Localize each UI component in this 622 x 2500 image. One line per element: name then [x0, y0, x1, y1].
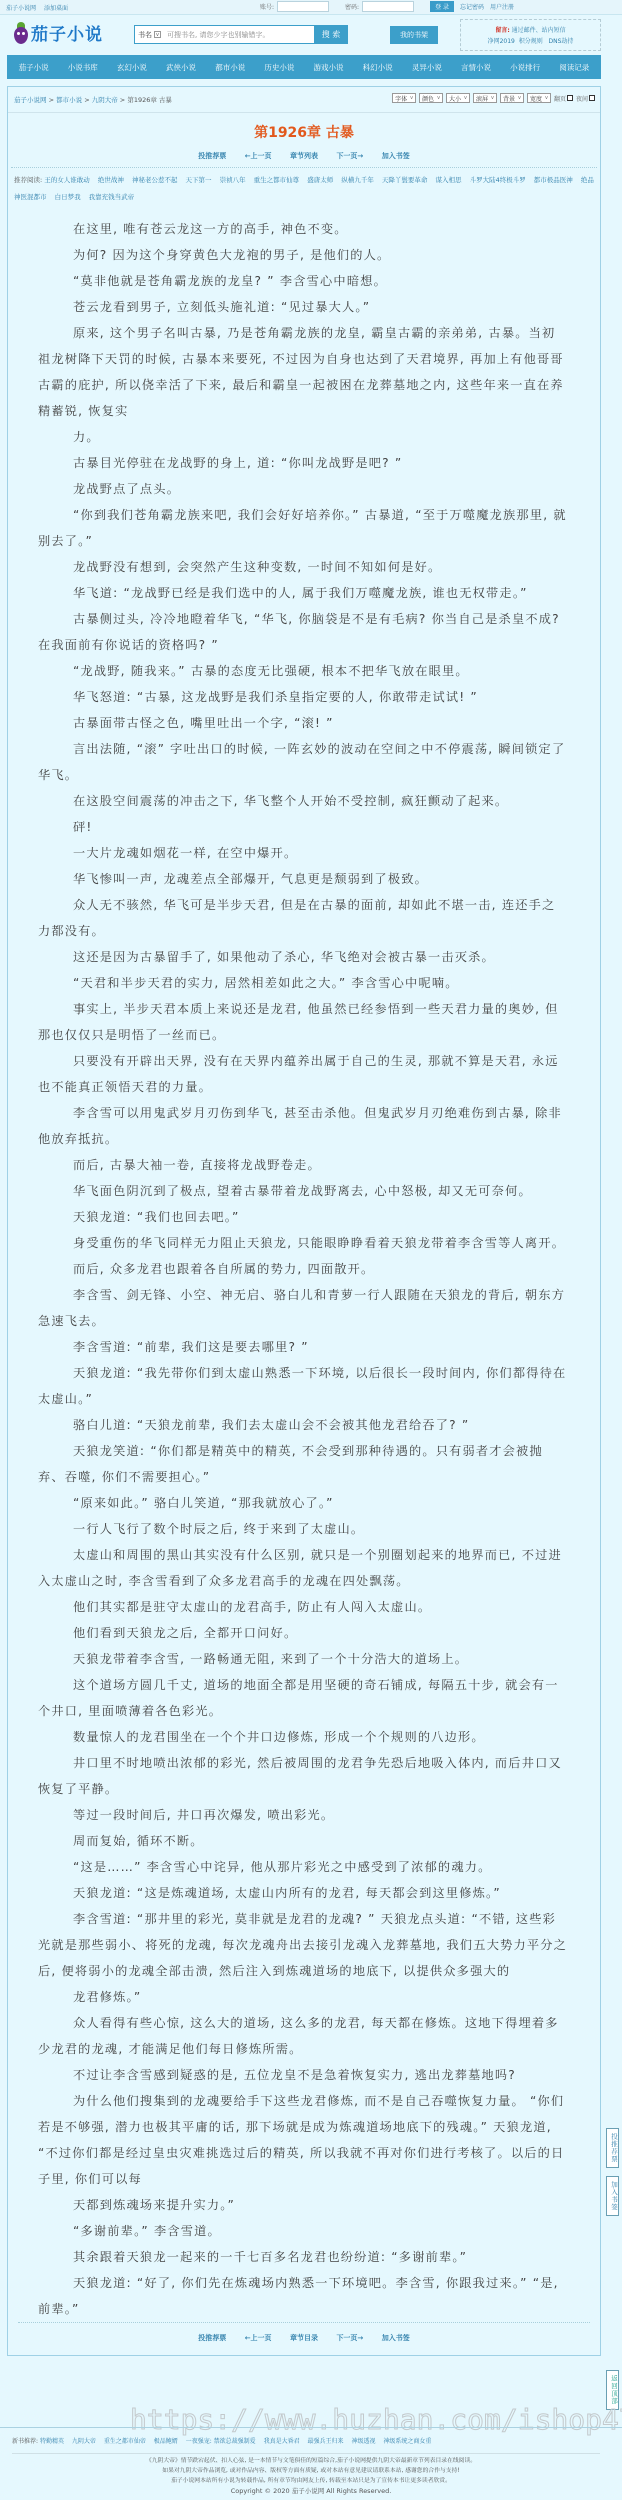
recommend-link[interactable]: 天下第一	[186, 176, 212, 184]
chapter-pager-bottom: 投推荐票 ←上一页 章节目录 下一页→ 加入书签	[18, 2333, 590, 2343]
chapter-index-link[interactable]: 章节目录	[290, 2334, 318, 2342]
recommend-label: 推荐阅读:	[14, 176, 42, 184]
breadcrumb-sep: >	[84, 96, 89, 104]
search-button[interactable]: 搜 索	[314, 25, 348, 44]
breadcrumb-link[interactable]: 都市小说	[56, 96, 82, 104]
header: 茄子小说 书名 v 可搜书名, 请您少字也别输错字。 搜 索 我的书架 留言: …	[0, 15, 622, 55]
recommend-link[interactable]: 天降丫鬟要革命	[382, 176, 428, 184]
breadcrumb-link[interactable]: 茄子小说网	[14, 96, 47, 104]
content-paragraph: 这个道场方圆几千丈, 道场的地面全都是用坚硬的奇石铺成, 每隔五十步, 就会有一…	[38, 1672, 568, 1724]
recommend-link[interactable]: 神秘老公惹不起	[132, 176, 178, 184]
nav-item[interactable]: 科幻小说	[363, 62, 393, 73]
color-select[interactable]: 颜色v	[419, 93, 443, 103]
content-paragraph: 李含雪、剑无锋、小空、神无启、骆白儿和青萝一行人跟随在天狼龙的背后, 朝东方急速…	[38, 1282, 568, 1334]
content-paragraph: 等过一段时间后, 井口再次爆发, 喷出彩光。	[38, 1802, 568, 1828]
breadcrumb-sep: >	[120, 96, 125, 104]
chevron-down-icon: v	[410, 95, 413, 101]
logo-text: 茄子小说	[31, 20, 103, 45]
newbook-link[interactable]: 极品鲍婿	[154, 2438, 178, 2445]
content-paragraph: 数量惊人的龙君围坐在一个个井口边修炼, 形成一个个规则的八边形。	[38, 1724, 568, 1750]
content-paragraph: 李含雪可以用鬼武岁月刃伤到华飞, 甚至击杀他。但鬼武岁月刃绝难伤到古暴, 除非他…	[38, 1100, 568, 1152]
nav-item[interactable]: 小说排行	[510, 62, 540, 73]
content-paragraph: 天都到炼魂场来提升实力。”	[38, 2192, 568, 2218]
content-paragraph: 太虚山和周围的黑山其实没有什么区别, 就只是一个别圈划起来的地界而已, 不过进入…	[38, 1542, 568, 1594]
recommend-link[interactable]: 重生之都市仙尊	[254, 176, 300, 184]
scroll-select[interactable]: 滚屏v	[473, 93, 497, 103]
content-paragraph: 他们其实都是驻守太虚山的龙君高手, 防止有人闯入太虚山。	[38, 1594, 568, 1620]
page-flip-toggle[interactable]: 翻页	[554, 94, 573, 103]
account-input[interactable]	[277, 1, 329, 12]
content-paragraph: 言出法随, “滚” 字吐出口的时候, 一阵玄妙的波动在空间之中不停震荡, 瞬间锁…	[38, 736, 568, 788]
new-books-bar: 新书推荐: 特勤精英 九阴大帝 重生之都市仙帝 极品鲍婿 一夜强宠: 禁欲总裁强…	[0, 2427, 622, 2451]
content-paragraph: 在这股空间震荡的冲击之下, 华飞整个人开始不受控制, 疯狂颤动了起来。	[38, 788, 568, 814]
content-paragraph: 只要没有开辟出天界, 没有在天界内蕴养出属于自己的生灵, 那就不算是天君, 永远…	[38, 1048, 568, 1100]
content-paragraph: 其余跟着天狼龙一起来的一千七百多名龙君也纷纷道: “多谢前辈。”	[38, 2244, 568, 2270]
content-paragraph: 骆白儿道: “天狼龙前辈, 我们去太虚山会不会被其他龙君给吞了? ”	[38, 1412, 568, 1438]
footer-line: 茄子小说网本站所有小说为转载作品, 所有章节均由网友上传, 转载至本站只是为了宣…	[0, 2476, 622, 2486]
newbook-link[interactable]: 神级透视	[351, 2438, 375, 2445]
notice-link[interactable]: 净网2019	[488, 38, 515, 45]
chapter-pager-bottom-wrap: 投推荐票 ←上一页 章节目录 下一页→ 加入书签	[18, 2322, 590, 2343]
content-paragraph: 事实上, 半步天君本质上来说还是龙君, 他虽然已经参悟到一些天君力量的奥妙, 但…	[38, 996, 568, 1048]
reading-panel: 茄子小说网 > 都市小说 > 九阴大帝 > 第1926章 古暴 字体v 颜色v …	[7, 86, 601, 2356]
recommend-link[interactable]: 盛唐太师	[307, 176, 333, 184]
content-paragraph: 而后, 古暴大袖一卷, 直接将龙战野卷走。	[38, 1152, 568, 1178]
nav-item[interactable]: 言情小说	[461, 62, 491, 73]
content-paragraph: 他们看到天狼龙之后, 全都开口问好。	[38, 1620, 568, 1646]
content-paragraph: 井口里不时地喷出浓郁的彩光, 然后被周围的龙君争先恐后地吸入体内, 而后井口又恢…	[38, 1750, 568, 1802]
search-input[interactable]: 可搜书名, 请您少字也别输错字。	[167, 30, 314, 40]
notice-text[interactable]: 通过邮件、站内短信	[512, 27, 566, 34]
content-paragraph: 在这里, 唯有苍云龙这一方的高手, 神色不变。	[38, 216, 568, 242]
add-desktop-link[interactable]: 添加桌面	[44, 5, 68, 12]
crumb-toolbar: 茄子小说网 > 都市小说 > 九阴大帝 > 第1926章 古暴 字体v 颜色v …	[8, 87, 600, 113]
side-bookmark-button[interactable]: 加入书签	[606, 2176, 619, 2216]
vote-recommend-link[interactable]: 投推荐票	[198, 152, 226, 160]
content-paragraph: 原来, 这个男子名叫古暴, 乃是苍角霸龙族的龙皇, 霸皇古霸的亲弟弟, 古暴。当…	[38, 320, 568, 424]
content-paragraph: 华飞道: “龙战野已经是我们选中的人, 属于我们万噬魔龙族, 谁也无权带走。”	[38, 580, 568, 606]
content-paragraph: 而后, 众多龙君也跟着各自所属的势力, 四面散开。	[38, 1256, 568, 1282]
checkbox	[589, 95, 595, 101]
divider	[12, 2453, 600, 2454]
chevron-down-icon: v	[464, 95, 467, 101]
content-paragraph: 龙战野点了点头。	[38, 476, 568, 502]
content-paragraph: 众人无不骇然, 华飞可是半步天君, 但是在古暴的面前, 却如此不堪一击, 连还手…	[38, 892, 568, 944]
recommend-link[interactable]: 崇祯八年	[220, 176, 246, 184]
breadcrumb-link[interactable]: 九阴大帝	[92, 96, 118, 104]
nav-item[interactable]: 游戏小说	[314, 62, 344, 73]
recommend-link[interactable]: 王的女人谁敢动	[44, 176, 90, 184]
content-paragraph: “这是……” 李含雪心中诧异, 他从那片彩光之中感受到了浓郁的魂力。	[38, 1854, 568, 1880]
breadcrumb: 茄子小说网 > 都市小说 > 九阴大帝 > 第1926章 古暴	[14, 95, 172, 104]
footer-line: 《九阴大帝》情节跌宕起伏、扣人心弦, 是一本情节与文笔俱佳的短篇综合,茄子小说网…	[0, 2456, 622, 2466]
width-select[interactable]: 宽度v	[527, 93, 551, 103]
add-bookmark-link[interactable]: 加入书签	[382, 2334, 410, 2342]
breadcrumb-current: 第1926章 古暴	[127, 96, 172, 104]
password-input[interactable]	[362, 1, 414, 12]
forgot-password-link[interactable]: 忘记密码	[460, 2, 484, 11]
side-vote-button[interactable]: 投推荐票	[606, 2128, 619, 2168]
next-page-link[interactable]: 下一页→	[336, 2334, 363, 2342]
newbook-link[interactable]: 最强兵王归来	[308, 2438, 344, 2445]
nav-item[interactable]: 灵异小说	[412, 62, 442, 73]
content-paragraph: 力。	[38, 424, 568, 450]
content-paragraph: 古暴侧过头, 冷冷地瞪着华飞, “华飞, 你脑袋是不是有毛病? 你当自己是杀皇不…	[38, 606, 568, 658]
search-type-select[interactable]: 书名 v	[135, 30, 161, 40]
search-type-value: 书名	[138, 30, 152, 40]
newbook-link[interactable]: 一夜强宠: 禁欲总裁强制爱	[186, 2438, 256, 2445]
top-bar: 茄子小说网 添加桌面 账号: 密码: 登 录 忘记密码 用户注册	[0, 0, 622, 15]
content-paragraph: “龙战野, 随我来。” 古暴的态度无比强硬, 根本不把华飞放在眼里。	[38, 658, 568, 684]
newbook-link[interactable]: 我真是大昏君	[264, 2438, 300, 2445]
content-paragraph: 一大片龙魂如烟花一样, 在空中爆开。	[38, 840, 568, 866]
nav-item[interactable]: 历史小说	[264, 62, 294, 73]
nav-item[interactable]: 都市小说	[215, 62, 245, 73]
content-paragraph: 李含雪道: “前辈, 我们这是要去哪里? ”	[38, 1334, 568, 1360]
search-bar: 书名 v 可搜书名, 请您少字也别输错字。 搜 索	[134, 25, 348, 44]
content-paragraph: 砰!	[38, 814, 568, 840]
reading-settings: 字体v 颜色v 大小v 滚屏v 背景v 宽度v 翻页 夜间	[389, 93, 595, 103]
chevron-down-icon: v	[518, 95, 521, 101]
content-paragraph: “多谢前辈。” 李含雪道。	[38, 2218, 568, 2244]
nav-item[interactable]: 武侠小说	[166, 62, 196, 73]
content-paragraph: 古暴面带古怪之色, 嘴里吐出一个字, “滚! ”	[38, 710, 568, 736]
content-paragraph: 古暴目光停驻在龙战野的身上, 道: “你叫龙战野是吧? ”	[38, 450, 568, 476]
chapter-title: 第1926章 古暴	[8, 122, 600, 142]
content-paragraph: 不过让李含雪感到疑惑的是, 五位龙皇不是急着恢复实力, 逃出龙葬墓地吗?	[38, 2062, 568, 2088]
content-paragraph: 这还是因为古暴留手了, 如果他动了杀心, 华飞绝对会被古暴一击灭杀。	[38, 944, 568, 970]
content-paragraph: 周而复始, 循环不断。	[38, 1828, 568, 1854]
nav-item[interactable]: 小说书库	[68, 62, 98, 73]
content-paragraph: 天狼龙道: “我们也回去吧。”	[38, 1204, 568, 1230]
notice-link[interactable]: 积分规则	[519, 38, 543, 45]
content-paragraph: 龙君修炼。”	[38, 1984, 568, 2010]
vote-recommend-link[interactable]: 投推荐票	[198, 2334, 226, 2342]
content-paragraph: 苍云龙看到男子, 立刻低头施礼道: “见过暴大人。”	[38, 294, 568, 320]
content-paragraph: 天狼龙带着李含雪, 一路畅通无阻, 来到了一个十分浩大的道场上。	[38, 1646, 568, 1672]
password-label: 密码:	[345, 2, 359, 11]
content-paragraph: 身受重伤的华飞同样无力阻止天狼龙, 只能眼睁睁看着天狼龙带着李含雪等人离开。	[38, 1230, 568, 1256]
chapter-pager-top: 投推荐票 ←上一页 章节列表 下一页→ 加入书签	[8, 151, 600, 161]
copyright: Copyright © 2020 茄子小说网 All Rights Reserv…	[0, 2486, 622, 2496]
recommend-link[interactable]: 谋入相思	[435, 176, 461, 184]
content-paragraph: “莫非他就是苍角霸龙族的龙皇? ” 李含雪心中暗想。	[38, 268, 568, 294]
notice-label: 留言:	[495, 27, 509, 34]
content-paragraph: 天狼龙道: “好了, 你们先在炼魂场内熟悉一下环境吧。李含雪, 你跟我过来。” …	[38, 2270, 568, 2322]
add-bookmark-link[interactable]: 加入书签	[382, 152, 410, 160]
content-paragraph: “原来如此。” 骆白儿笑道, “那我就放心了。”	[38, 1490, 568, 1516]
nav-item[interactable]: 茄子小说	[19, 62, 49, 73]
account-label: 账号:	[260, 2, 274, 11]
content-paragraph: 华飞惨叫一声, 龙魂差点全部爆开, 气息更是颓弱到了极致。	[38, 866, 568, 892]
content-paragraph: 李含雪道: “那井里的彩光, 莫非就是龙君的龙魂? ” 天狼龙点头道: “不错,…	[38, 1906, 568, 1984]
content-paragraph: 华飞怒道: “古暴, 这龙战野是我们杀皇指定要的人, 你敢带走试试! ”	[38, 684, 568, 710]
newbook-link[interactable]: 九阴大帝	[72, 2438, 96, 2445]
breadcrumb-sep: >	[49, 96, 54, 104]
footer-line: 如果对九阴大帝作品浏览, 或对作品内容、版权等方面有质疑, 或对本站有意见建议请…	[0, 2466, 622, 2476]
content-paragraph: 天狼龙道: “我先带你们到太虚山熟悉一下环境, 以后很长一段时间内, 你们都得待…	[38, 1360, 568, 1412]
chevron-down-icon: v	[437, 95, 440, 101]
recommend-link[interactable]: 都市极品医神	[534, 176, 573, 184]
chevron-down-icon: v	[545, 95, 548, 101]
nav-item[interactable]: 玄幻小说	[117, 62, 147, 73]
nav-item[interactable]: 阅读记录	[559, 62, 589, 73]
content-paragraph: 华飞面色阴沉到了极点, 望着古暴带着龙战野离去, 心中怒极, 却又无可奈何。	[38, 1178, 568, 1204]
background-select[interactable]: 背景v	[500, 93, 524, 103]
newbooks-label: 新书推荐:	[12, 2438, 38, 2445]
chevron-down-icon: v	[154, 31, 161, 38]
content-paragraph: 众人看得有些心惊, 这么大的道场, 这么多的龙君, 每天都在修炼。这地下得埋着多…	[38, 2010, 568, 2062]
content-paragraph: 天狼龙笑道: “你们都是精英中的精英, 不会受到那种待遇的。只有弱者才会被抛弃、…	[38, 1438, 568, 1490]
content-paragraph: 一行人飞行了数个时辰之后, 终于来到了太虚山。	[38, 1516, 568, 1542]
site-home-link[interactable]: 茄子小说网	[6, 5, 36, 12]
newbook-link[interactable]: 特勤精英	[40, 2438, 64, 2445]
notice-box: 留言: 通过邮件、站内短信 净网2019 积分规则 DNS劫持	[460, 19, 601, 51]
content-paragraph: 天狼龙道: “这是炼魂道场, 太虚山内所有的龙君, 每天都会到这里修炼。”	[38, 1880, 568, 1906]
font-select[interactable]: 字体v	[392, 93, 416, 103]
recommended-reading: 推荐阅读: 王的女人谁敢动 绝世战神 神秘老公惹不起 天下第一 崇祯八年 重生之…	[11, 167, 597, 206]
prev-page-link[interactable]: ←上一页	[245, 152, 272, 160]
recommend-link[interactable]: 我靠充钱当武帝	[89, 193, 135, 201]
checkbox	[567, 95, 573, 101]
size-select[interactable]: 大小v	[446, 93, 470, 103]
recommend-link[interactable]: 绝世战神	[98, 176, 124, 184]
content-paragraph: 为何? 因为这个身穿黄色大龙袍的男子, 是他们的人。	[38, 242, 568, 268]
chapter-content: 在这里, 唯有苍云龙这一方的高手, 神色不变。为何? 因为这个身穿黄色大龙袍的男…	[38, 216, 568, 2322]
notice-link[interactable]: DNS劫持	[548, 38, 573, 45]
footer: 《九阴大帝》情节跌宕起伏、扣人心弦, 是一本情节与文笔俱佳的短篇综合,茄子小说网…	[0, 2456, 622, 2496]
main-nav: 茄子小说 小说书库 玄幻小说 武侠小说 都市小说 历史小说 游戏小说 科幻小说 …	[7, 55, 601, 79]
content-paragraph: 龙战野没有想到, 会突然产生这种变数, 一时间不知如何是好。	[38, 554, 568, 580]
newbook-link[interactable]: 神级系统之商女重	[383, 2438, 431, 2445]
recommend-link[interactable]: 纵横九千年	[341, 176, 374, 184]
recommend-link[interactable]: 斗罗大陆4终极斗罗	[470, 176, 526, 184]
content-paragraph: 为什么他们搜集到的龙魂要给手下这些龙君修炼, 而不是自己吞噬恢复力量。 “你们若…	[38, 2088, 568, 2192]
eggplant-icon	[13, 22, 29, 44]
content-paragraph: “天君和半步天君的实力, 居然相差如此之大。” 李含雪心中呢喃。	[38, 970, 568, 996]
next-page-link[interactable]: 下一页→	[336, 152, 363, 160]
chevron-down-icon: v	[491, 95, 494, 101]
my-bookshelf-button[interactable]: 我的书架	[390, 26, 438, 44]
site-logo[interactable]: 茄子小说	[13, 20, 103, 45]
night-mode-toggle[interactable]: 夜间	[576, 94, 595, 103]
login-form: 账号: 密码: 登 录 忘记密码 用户注册	[260, 1, 520, 12]
content-paragraph: “你到我们苍角霸龙族来吧, 我们会好好培养你。” 古暴道, “至于万噬魔龙族那里…	[38, 502, 568, 554]
register-link[interactable]: 用户注册	[490, 2, 514, 11]
recommend-link[interactable]: 白日梦我	[55, 193, 81, 201]
prev-page-link[interactable]: ←上一页	[245, 2334, 272, 2342]
newbook-link[interactable]: 重生之都市仙帝	[104, 2438, 146, 2445]
back-to-top-button[interactable]: 返回顶部	[606, 2370, 619, 2410]
chapter-list-link[interactable]: 章节列表	[290, 152, 318, 160]
login-button[interactable]: 登 录	[430, 1, 454, 12]
